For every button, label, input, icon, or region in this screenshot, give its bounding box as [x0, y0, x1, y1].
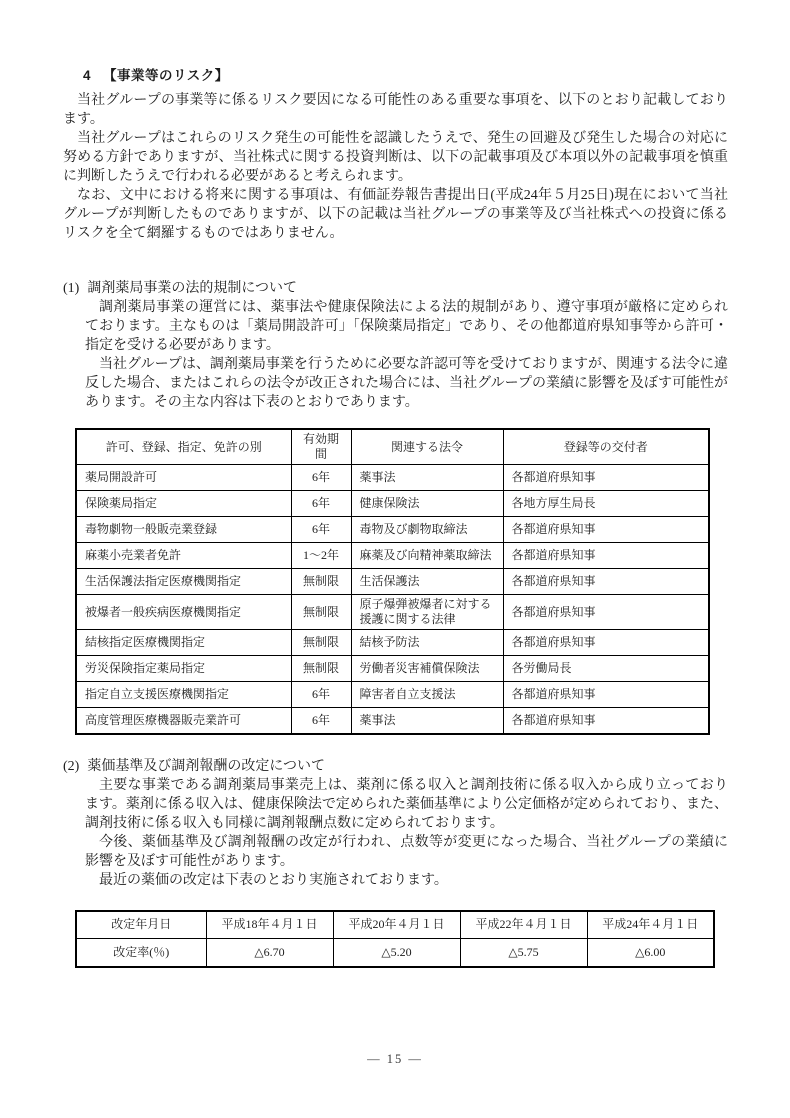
regulation-table-cell: 毒物劇物一般販売業登録: [76, 517, 291, 543]
table-row: 麻薬小売業者免許1～2年麻薬及び向精神薬取締法各都道府県知事: [76, 543, 709, 569]
regulation-table-cell: 各都道府県知事: [503, 569, 709, 595]
regulation-table-cell: 無制限: [291, 569, 351, 595]
fee-revision-table-cell: △6.70: [206, 939, 333, 967]
subsection-2-body: 主要な事業である調剤薬局事業売上は、薬剤に係る収入と調剤技術に係る収入から成り立…: [85, 776, 728, 890]
subsection-1-label: (1): [63, 281, 79, 296]
regulation-table-header-cell: 有効期間: [291, 429, 351, 465]
fee-revision-table-cell: 改定年月日: [76, 911, 206, 939]
subsection-1-title-line: (1)調剤薬局事業の法的規制について: [63, 279, 728, 298]
table-row: 被爆者一般疾病医療機関指定無制限原子爆弾被爆者に対する援護に関する法律各都道府県…: [76, 595, 709, 630]
regulation-table-cell: 被爆者一般疾病医療機関指定: [76, 595, 291, 630]
regulation-table-cell: 各都道府県知事: [503, 517, 709, 543]
regulation-table-cell: 結核予防法: [351, 630, 503, 656]
table-row: 指定自立支援医療機関指定6年障害者自立支援法各都道府県知事: [76, 682, 709, 708]
fee-revision-table-cell: 平成18年４月１日: [206, 911, 333, 939]
table-row: 結核指定医療機関指定無制限結核予防法各都道府県知事: [76, 630, 709, 656]
regulation-table-header-cell: 関連する法令: [351, 429, 503, 465]
regulation-table-cell: 原子爆弾被爆者に対する援護に関する法律: [351, 595, 503, 630]
regulation-table-cell: 障害者自立支援法: [351, 682, 503, 708]
section-title: 【事業等のリスク】: [103, 68, 229, 83]
regulation-table-cell: 指定自立支援医療機関指定: [76, 682, 291, 708]
regulation-table-cell: 各都道府県知事: [503, 465, 709, 491]
regulation-table-cell: 6年: [291, 465, 351, 491]
regulation-table-cell: 各労働局長: [503, 656, 709, 682]
regulation-table-cell: 生活保護法指定医療機関指定: [76, 569, 291, 595]
regulation-table-cell: 6年: [291, 682, 351, 708]
regulation-table-cell: 薬事法: [351, 465, 503, 491]
subsection-2-title: 薬価基準及び調剤報酬の改定について: [87, 759, 325, 774]
section-heading: 4【事業等のリスク】: [83, 66, 728, 85]
subsection-2-label: (2): [63, 759, 79, 774]
regulation-table-cell: 生活保護法: [351, 569, 503, 595]
body-paragraph: 主要な事業である調剤薬局事業売上は、薬剤に係る収入と調剤技術に係る収入から成り立…: [85, 776, 728, 833]
subsection-2-title-line: (2)薬価基準及び調剤報酬の改定について: [63, 757, 728, 776]
regulation-table-cell: 無制限: [291, 595, 351, 630]
regulation-table-cell: 各都道府県知事: [503, 708, 709, 734]
table-row: 保険薬局指定6年健康保険法各地方厚生局長: [76, 491, 709, 517]
regulation-table: 許可、登録、指定、免許の別有効期間関連する法令登録等の交付者 薬局開設許可6年薬…: [75, 428, 710, 735]
intro-paragraph-2: 当社グループはこれらのリスク発生の可能性を認識したうえで、発生の回避及び発生した…: [63, 129, 728, 186]
regulation-table-cell: 健康保険法: [351, 491, 503, 517]
regulation-table-body: 薬局開設許可6年薬事法各都道府県知事保険薬局指定6年健康保険法各地方厚生局長毒物…: [76, 465, 709, 734]
regulation-table-cell: 結核指定医療機関指定: [76, 630, 291, 656]
regulation-table-cell: 薬事法: [351, 708, 503, 734]
table-row: 毒物劇物一般販売業登録6年毒物及び劇物取締法各都道府県知事: [76, 517, 709, 543]
fee-revision-table-cell: 平成20年４月１日: [333, 911, 460, 939]
fee-revision-table-cell: 平成24年４月１日: [587, 911, 714, 939]
regulation-table-cell: 薬局開設許可: [76, 465, 291, 491]
table-row: 改定年月日平成18年４月１日平成20年４月１日平成22年４月１日平成24年４月１…: [76, 911, 714, 939]
section-number: 4: [83, 68, 91, 83]
fee-revision-table-cell: 改定率(％): [76, 939, 206, 967]
fee-revision-table-cell: △5.20: [333, 939, 460, 967]
regulation-table-cell: 1～2年: [291, 543, 351, 569]
regulation-table-cell: 各都道府県知事: [503, 682, 709, 708]
regulation-table-cell: 6年: [291, 708, 351, 734]
regulation-table-head: 許可、登録、指定、免許の別有効期間関連する法令登録等の交付者: [76, 429, 709, 465]
intro-paragraph-1: 当社グループの事業等に係るリスク要因になる可能性のある重要な事項を、以下のとおり…: [63, 91, 728, 129]
regulation-table-cell: 各都道府県知事: [503, 595, 709, 630]
page-number: ― 15 ―: [367, 1052, 423, 1066]
table-header-row: 許可、登録、指定、免許の別有効期間関連する法令登録等の交付者: [76, 429, 709, 465]
fee-revision-table-cell: △6.00: [587, 939, 714, 967]
body-paragraph: 最近の薬価の改定は下表のとおり実施されております。: [85, 871, 728, 890]
table-row: 改定率(％)△6.70△5.20△5.75△6.00: [76, 939, 714, 967]
regulation-table-cell: 高度管理医療機器販売業許可: [76, 708, 291, 734]
table-row: 薬局開設許可6年薬事法各都道府県知事: [76, 465, 709, 491]
intro-paragraph-3: なお、文中における将来に関する事項は、有価証券報告書提出日(平成24年５月25日…: [63, 186, 728, 243]
fee-revision-table-cell: △5.75: [460, 939, 587, 967]
subsection-2: (2)薬価基準及び調剤報酬の改定について 主要な事業である調剤薬局事業売上は、薬…: [63, 757, 728, 968]
subsection-1: (1)調剤薬局事業の法的規制について 調剤薬局事業の運営には、薬事法や健康保険法…: [63, 279, 728, 735]
body-paragraph: 今後、薬価基準及び調剤報酬の改定が行われ、点数等が変更になった場合、当社グループ…: [85, 833, 728, 871]
regulation-table-header-cell: 許可、登録、指定、免許の別: [76, 429, 291, 465]
body-paragraph: 調剤薬局事業の運営には、薬事法や健康保険法による法的規制があり、遵守事項が厳格に…: [85, 298, 728, 355]
subsection-1-title: 調剤薬局事業の法的規制について: [87, 281, 297, 296]
regulation-table-header-cell: 登録等の交付者: [503, 429, 709, 465]
regulation-table-cell: 各都道府県知事: [503, 630, 709, 656]
subsection-1-body: 調剤薬局事業の運営には、薬事法や健康保険法による法的規制があり、遵守事項が厳格に…: [85, 298, 728, 412]
regulation-table-cell: 6年: [291, 517, 351, 543]
fee-revision-table: 改定年月日平成18年４月１日平成20年４月１日平成22年４月１日平成24年４月１…: [75, 910, 715, 968]
fee-revision-table-cell: 平成22年４月１日: [460, 911, 587, 939]
regulation-table-cell: 労働者災害補償保険法: [351, 656, 503, 682]
page-content: 4【事業等のリスク】 当社グループの事業等に係るリスク要因になる可能性のある重要…: [0, 0, 790, 968]
regulation-table-cell: 毒物及び劇物取締法: [351, 517, 503, 543]
regulation-table-cell: 無制限: [291, 630, 351, 656]
body-paragraph: 当社グループは、調剤薬局事業を行うために必要な許認可等を受けておりますが、関連す…: [85, 355, 728, 412]
document-page: 4【事業等のリスク】 当社グループの事業等に係るリスク要因になる可能性のある重要…: [0, 0, 790, 1118]
regulation-table-cell: 麻薬小売業者免許: [76, 543, 291, 569]
fee-revision-table-body: 改定年月日平成18年４月１日平成20年４月１日平成22年４月１日平成24年４月１…: [76, 911, 714, 967]
regulation-table-cell: 6年: [291, 491, 351, 517]
table-row: 労災保険指定薬局指定無制限労働者災害補償保険法各労働局長: [76, 656, 709, 682]
regulation-table-cell: 各地方厚生局長: [503, 491, 709, 517]
regulation-table-cell: 保険薬局指定: [76, 491, 291, 517]
regulation-table-cell: 労災保険指定薬局指定: [76, 656, 291, 682]
regulation-table-cell: 無制限: [291, 656, 351, 682]
table-row: 高度管理医療機器販売業許可6年薬事法各都道府県知事: [76, 708, 709, 734]
page-footer: ― 15 ―: [0, 1050, 790, 1069]
regulation-table-cell: 各都道府県知事: [503, 543, 709, 569]
regulation-table-cell: 麻薬及び向精神薬取締法: [351, 543, 503, 569]
table-row: 生活保護法指定医療機関指定無制限生活保護法各都道府県知事: [76, 569, 709, 595]
